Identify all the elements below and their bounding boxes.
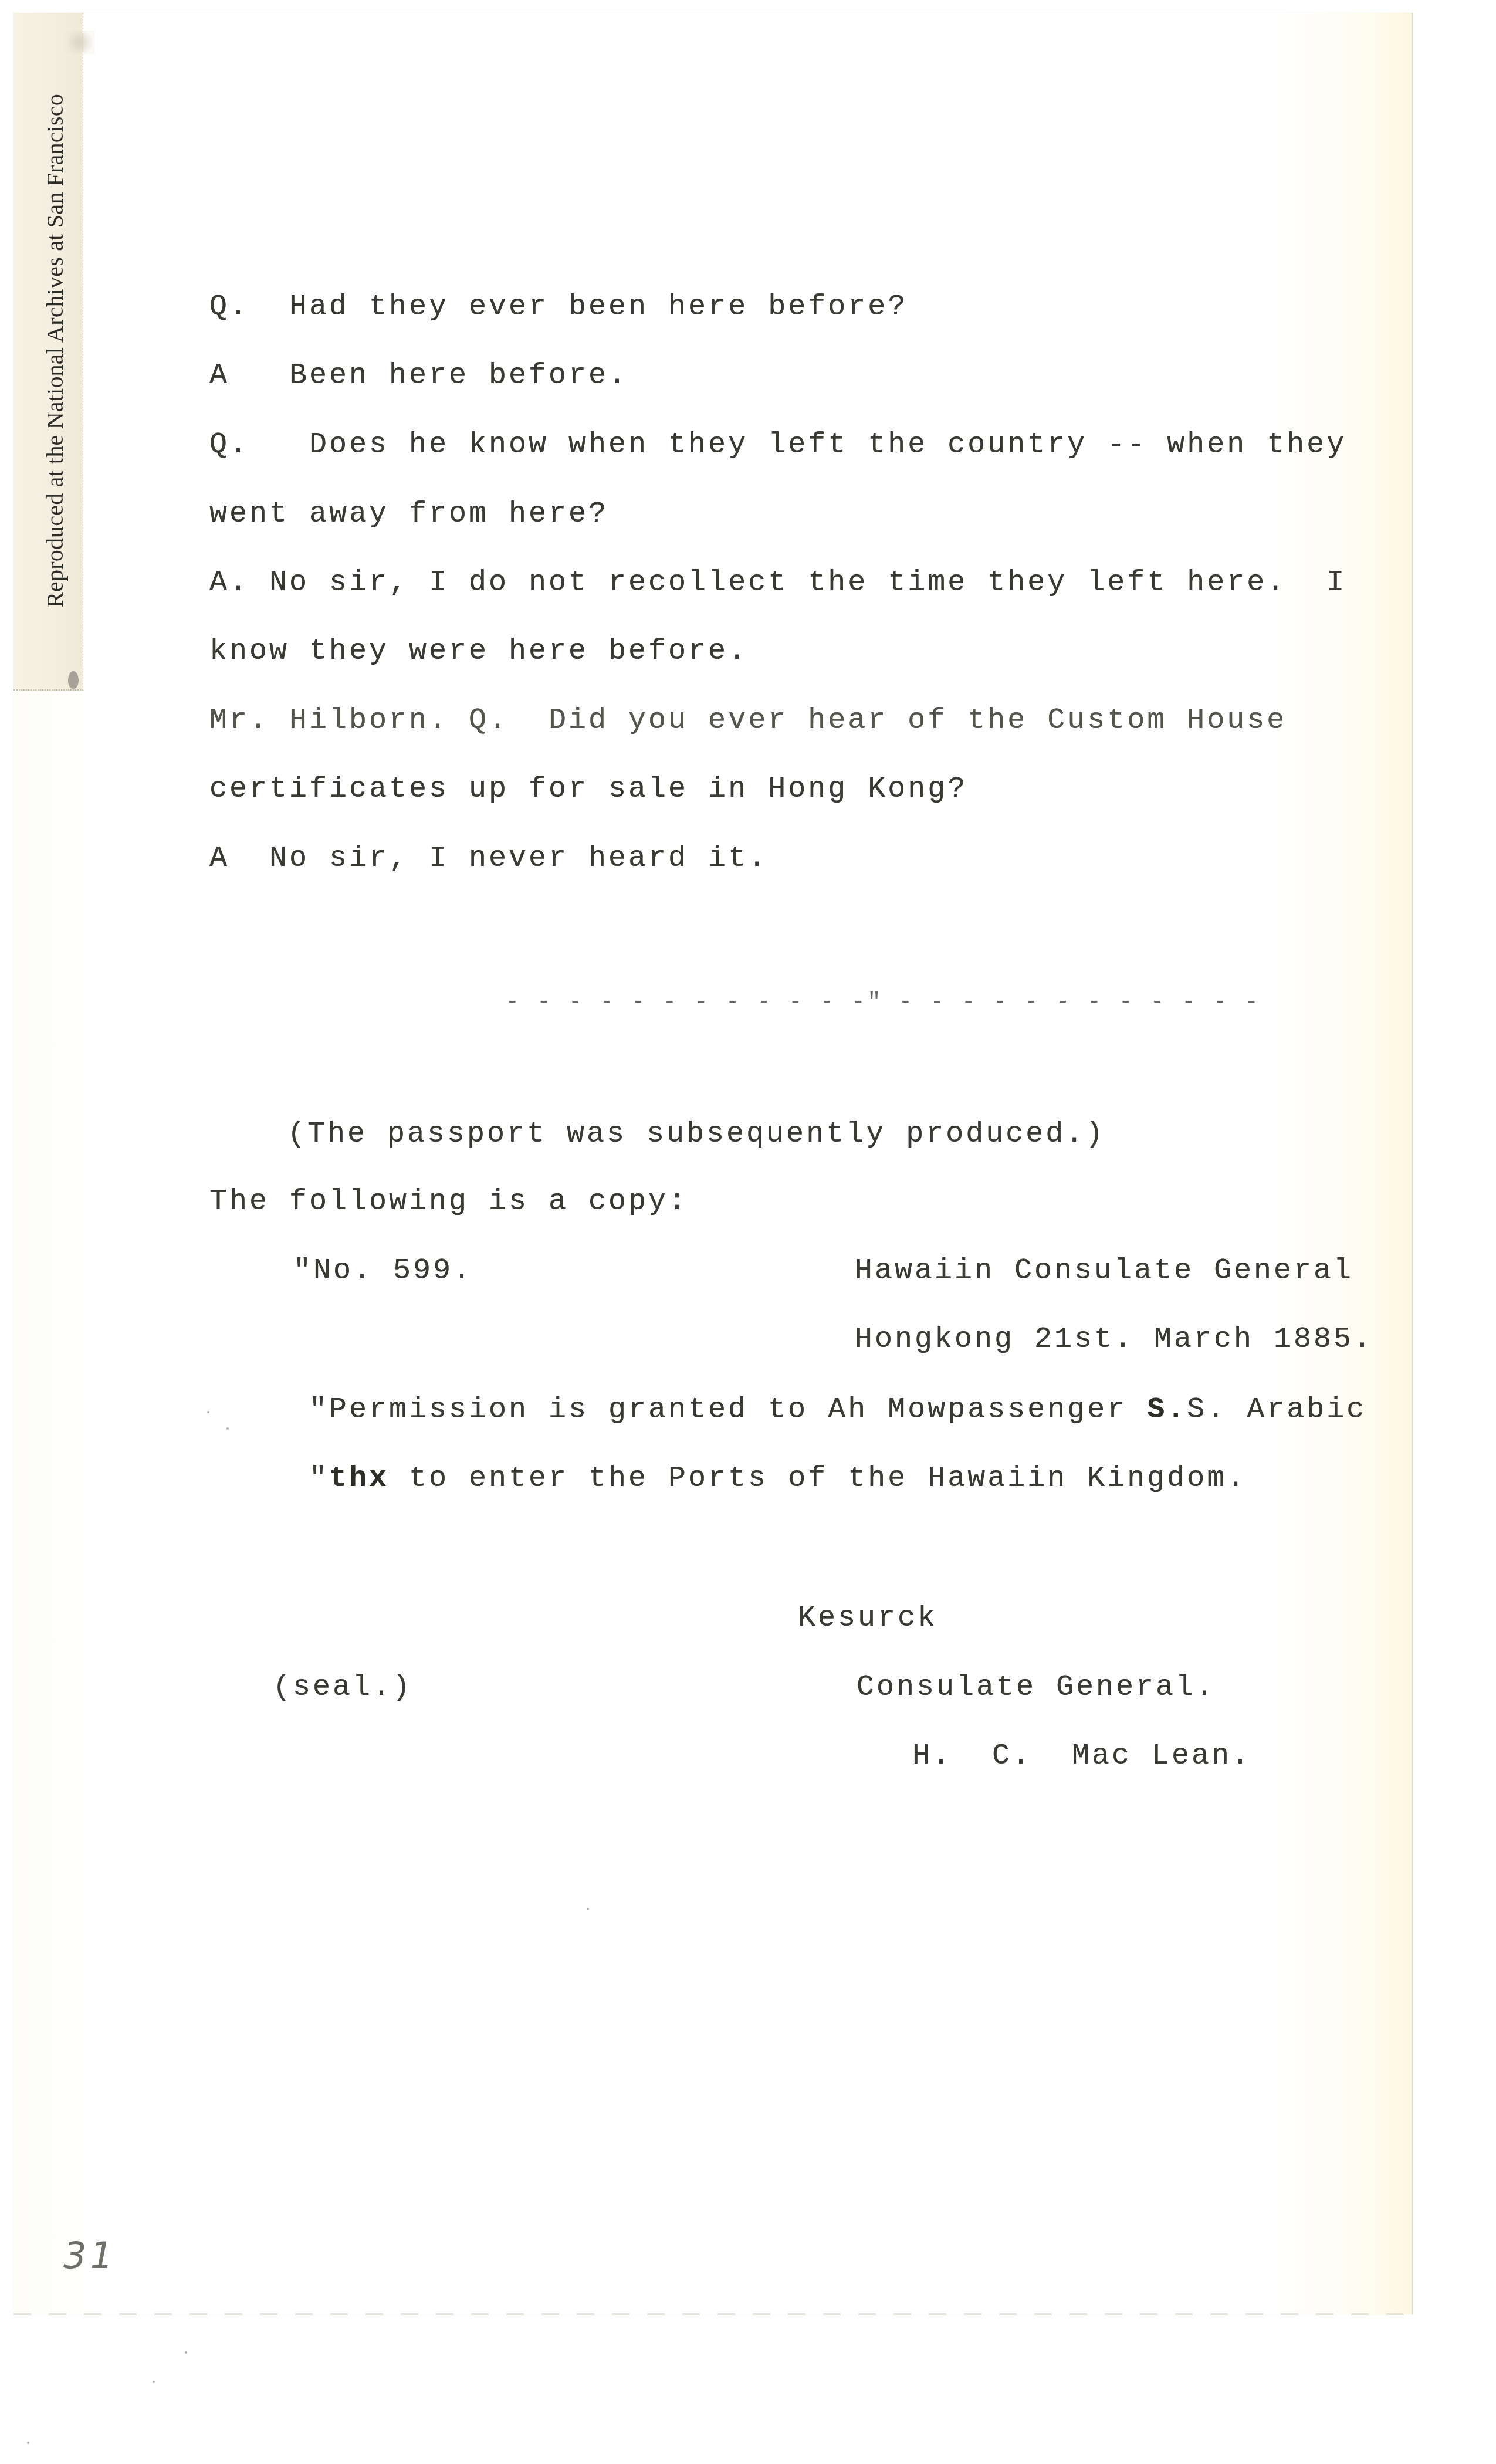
transcript-line-8: certificates up for sale in Hong Kong? (209, 775, 967, 804)
tape-mark (65, 31, 94, 54)
passport-issuer: Hawaiin Consulate General (855, 1257, 1353, 1286)
page-bottom-edge (13, 2313, 1412, 2315)
signature-title: Consulate General. (857, 1673, 1216, 1703)
scan-speck (27, 2442, 29, 2444)
scan-speck (226, 1427, 229, 1430)
signatory-name: H. C. Mac Lean. (912, 1742, 1251, 1771)
transcript-line-2: A Been here before. (209, 361, 628, 391)
archive-label-text: Reproduced at the National Archives at S… (41, 94, 69, 608)
scan-speck (587, 1908, 589, 1910)
transcript-line-4: went away from here? (209, 500, 608, 529)
permission-line-1-prefix: "Permission is granted to Ah Mowpassenge… (309, 1393, 1147, 1427)
scan-speck (185, 2351, 187, 2354)
transcript-line-9: A No sir, I never heard it. (209, 844, 768, 874)
transcript-line-3: Q. Does he know when they left the count… (209, 431, 1346, 460)
passport-place-date: Hongkong 21st. March 1885. (855, 1325, 1373, 1355)
scan-speck (207, 1411, 209, 1413)
passport-intro-note: (The passport was subsequently produced.… (287, 1120, 1105, 1149)
label-tab-mark (68, 671, 79, 689)
transcript-line-1: Q. Had they ever been here before? (209, 293, 908, 322)
permission-line-1: "Permission is granted to Ah Mowpassenge… (309, 1396, 1366, 1425)
permission-line-2-prefix: " (309, 1462, 329, 1495)
struck-word: thx (329, 1462, 389, 1495)
transcript-line-5: A. No sir, I do not recollect the time t… (209, 568, 1346, 598)
passport-number: "No. 599. (293, 1257, 473, 1286)
section-separator: - - - - - - - - - - - -" - - - - - - - -… (506, 990, 1261, 1015)
transcript-line-6: know they were here before. (209, 637, 748, 666)
seal-note: (seal.) (273, 1673, 412, 1703)
permission-line-1-suffix: S. Arabic (1187, 1393, 1366, 1427)
copy-label: The following is a copy: (209, 1187, 688, 1217)
scan-speck (153, 2381, 155, 2383)
permission-line-2: "thx to enter the Ports of the Hawaiin K… (309, 1464, 1247, 1494)
permission-line-1-bold: S. (1147, 1393, 1187, 1427)
signature-name: Kesurck (798, 1604, 937, 1633)
handwritten-page-number: 31 (63, 2234, 117, 2277)
permission-line-2-rest: to enter the Ports of the Hawaiin Kingdo… (389, 1462, 1247, 1495)
archive-label-strip: Reproduced at the National Archives at S… (13, 13, 83, 691)
transcript-line-7: Mr. Hilborn. Q. Did you ever hear of the… (209, 706, 1287, 736)
document-page (13, 13, 1413, 2314)
